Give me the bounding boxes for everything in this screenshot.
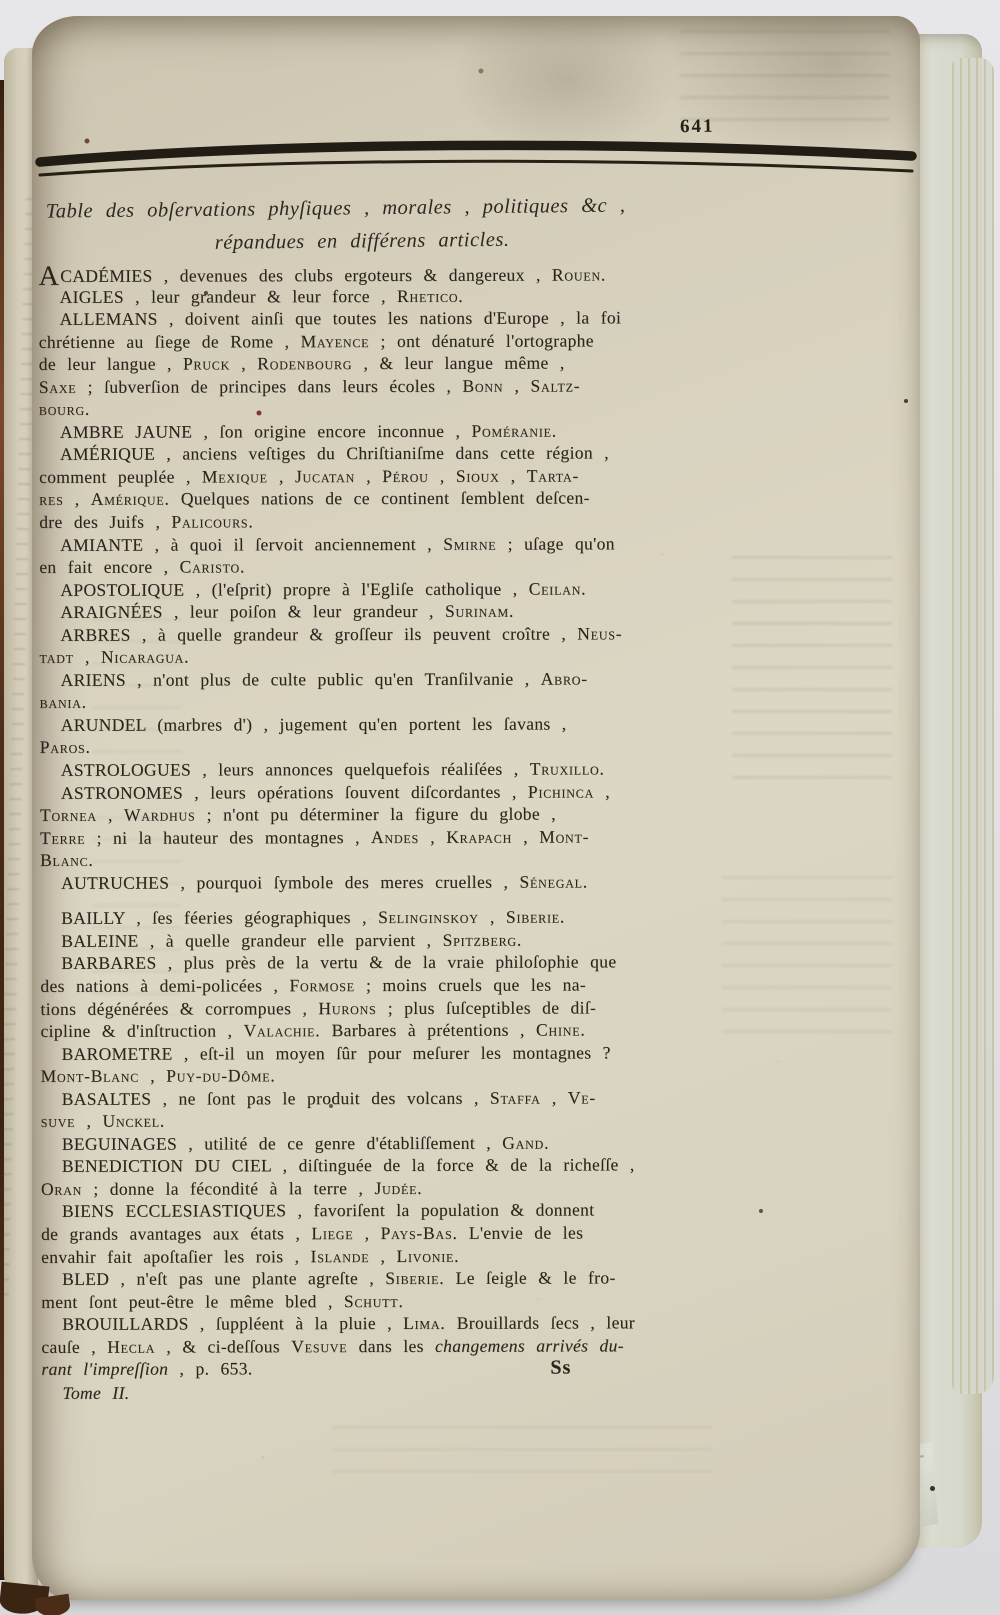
text-segment: Quelques nations de ce continent ſemblen… bbox=[170, 488, 590, 509]
text-segment: BLED , n'eſt pas une plante agreſte , bbox=[62, 1268, 385, 1289]
text-line: cipline & d'inſtruction , Valachie. Barb… bbox=[40, 1018, 740, 1042]
text-line: AUTRUCHES , pourquoi ſymbole des meres c… bbox=[40, 870, 740, 894]
place-name: Tarta- bbox=[527, 465, 579, 485]
text-segment: , bbox=[355, 466, 382, 486]
text-segment: dans les bbox=[347, 1336, 435, 1356]
text-segment: rant l'impreſſion bbox=[41, 1359, 168, 1379]
place-name: Gand. bbox=[502, 1132, 549, 1152]
text-line: des nations à demi-policées , Formose ; … bbox=[40, 973, 740, 997]
text-line: BIENS ECCLESIASTIQUES , favoriſent la po… bbox=[41, 1199, 741, 1223]
text-line: Oran ; donne la fécondité à la terre , J… bbox=[41, 1176, 741, 1200]
text-line: ASTRONOMES , leurs opérations ſouvent di… bbox=[40, 780, 740, 804]
entry-lines: ACADÉMIES , devenues des clubs ergoteurs… bbox=[39, 261, 742, 1404]
book-photo: 641 Table des obſervations phyſiques , m… bbox=[0, 0, 1000, 1615]
text-segment: , bbox=[512, 826, 539, 846]
place-name: Ceilan. bbox=[529, 578, 587, 598]
text-segment: des nations à demi-policées , bbox=[40, 975, 289, 996]
place-name: Liege bbox=[311, 1223, 353, 1243]
text-segment: BAROMETRE , eſt-il un moyen ſûr pour meſ… bbox=[62, 1042, 611, 1063]
text-segment: AMBRE JAUNE , ſon origine encore inconnu… bbox=[60, 421, 472, 442]
text-segment: ; n'ont pu déterminer la figure du globe… bbox=[195, 804, 556, 825]
text-segment: , bbox=[268, 466, 295, 486]
place-name: Spitzberg. bbox=[443, 930, 523, 950]
place-name: Paros. bbox=[40, 737, 91, 757]
place-name: Abro- bbox=[541, 668, 588, 688]
text-segment: chrétienne au ſiege de Rome , bbox=[39, 331, 301, 352]
place-name: Blanc. bbox=[40, 850, 94, 870]
place-name: Schutt. bbox=[344, 1291, 404, 1311]
text-segment: ; uſage qu'on bbox=[496, 533, 614, 553]
place-name: Krapach bbox=[446, 826, 512, 846]
place-name: res bbox=[39, 489, 63, 509]
binding-edge bbox=[35, 1594, 71, 1615]
place-name: Puy-du-Dôme. bbox=[166, 1065, 275, 1085]
place-name: Islande bbox=[311, 1246, 370, 1266]
place-name: Smirne bbox=[443, 533, 496, 553]
place-name: Wardhus bbox=[124, 805, 196, 825]
text-segment: , bbox=[479, 907, 506, 927]
place-name: Poméranie. bbox=[471, 420, 556, 440]
place-name: Nicaragua. bbox=[101, 647, 189, 667]
place-name: bourg. bbox=[39, 399, 90, 419]
text-segment: , bbox=[500, 466, 527, 486]
text-line: BLED , n'eſt pas une plante agreſte , Si… bbox=[41, 1266, 741, 1290]
text-segment: , & ci-deſſous bbox=[155, 1336, 291, 1356]
text-segment: Barbares à prétentions , bbox=[320, 1020, 536, 1041]
place-name: Hecla bbox=[107, 1336, 155, 1356]
text-segment: , bbox=[429, 466, 456, 486]
text-line: comment peuplée , Mexique , Jucatan , Pé… bbox=[39, 464, 739, 488]
text-segment: Brouillards ſecs , leur bbox=[446, 1313, 635, 1333]
place-name: Unckel. bbox=[102, 1111, 165, 1131]
text-line: suve , Unckel. bbox=[41, 1108, 741, 1132]
text-line: tadt , Nicaragua. bbox=[40, 644, 740, 668]
place-name: Livonie. bbox=[396, 1245, 459, 1265]
place-name: Pérou bbox=[382, 466, 428, 486]
place-name: Truxillo. bbox=[530, 758, 605, 778]
text-line: APOSTOLIQUE , (l'eſprit) propre à l'Egli… bbox=[39, 577, 739, 601]
text-segment: ASTRONOMES , leurs opérations ſouvent di… bbox=[61, 781, 528, 802]
text-segment: Tome II. bbox=[62, 1382, 129, 1402]
signature-mark: Ss bbox=[550, 1357, 571, 1380]
text-line: chrétienne au ſiege de Rome , Mayence ; … bbox=[39, 329, 739, 353]
place-name: Mont-Blanc bbox=[41, 1066, 139, 1086]
text-segment: BROUILLARDS , ſuppléent à la pluie , bbox=[62, 1313, 403, 1334]
text-line: ALLEMANS , doivent ainſi que toutes les … bbox=[39, 306, 739, 330]
place-name: tadt bbox=[40, 647, 74, 667]
text-segment: AMIANTE , à quoi il ſervoit anciennement… bbox=[60, 533, 443, 554]
place-name: Sénegal. bbox=[519, 871, 588, 891]
text-segment: , bbox=[64, 489, 91, 509]
text-segment: L'envie de les bbox=[458, 1222, 584, 1242]
text-line: ASTROLOGUES , leurs annonces quelquefois… bbox=[40, 757, 740, 781]
text-line: tions dégénérées & corrompues , Hurons ;… bbox=[40, 996, 740, 1020]
place-name: Saxe bbox=[39, 377, 77, 397]
text-line: BARBARES , plus près de la vertu & de la… bbox=[40, 950, 740, 974]
text-line: AMBRE JAUNE , ſon origine encore inconnu… bbox=[39, 419, 739, 443]
place-name: Judée. bbox=[374, 1178, 422, 1198]
text-segment: ; moins cruels que les na- bbox=[355, 974, 586, 995]
text-line: BROUILLARDS , ſuppléent à la pluie , Lim… bbox=[41, 1311, 741, 1335]
text-line: Saxe ; ſubverſion de principes dans leur… bbox=[39, 374, 739, 398]
text-line: Blanc. bbox=[40, 847, 740, 871]
text-segment: ASTROLOGUES , leurs annonces quelquefois… bbox=[61, 759, 530, 780]
text-line: BEGUINAGES , utilité de ce genre d'établ… bbox=[41, 1131, 741, 1155]
show-through-text bbox=[332, 1426, 712, 1486]
text-line: BALEINE , à quelle grandeur elle parvien… bbox=[40, 928, 740, 952]
text-line: cauſe , Hecla , & ci-deſſous Vesuve dans… bbox=[41, 1334, 741, 1358]
tome-label: Tome II. bbox=[41, 1380, 741, 1404]
text-line: de leur langue , Pruck , Rodenbourg , & … bbox=[39, 351, 739, 375]
text-line: en fait encore , Caristo. bbox=[39, 554, 739, 578]
place-name: Siberie. bbox=[385, 1268, 444, 1288]
show-through-text bbox=[722, 876, 892, 1036]
text-segment: AIGLES , leur grandeur & leur force , bbox=[60, 286, 397, 307]
text-segment: comment peuplée , bbox=[39, 466, 202, 486]
text-segment: BENEDICTION DU CIEL , diſtinguée de la f… bbox=[62, 1155, 635, 1176]
place-name: Chine. bbox=[536, 1020, 586, 1040]
text-line: ment ſont peut-être le même bled , Schut… bbox=[41, 1289, 741, 1313]
place-name: Lima. bbox=[403, 1313, 445, 1333]
text-segment: , bbox=[369, 1246, 396, 1266]
text-segment: ARIENS , n'ont plus de culte public qu'e… bbox=[61, 668, 541, 689]
text-line: Terre ; ni la hauteur des montagnes , An… bbox=[40, 825, 740, 849]
place-name: Valachie. bbox=[244, 1020, 321, 1040]
place-name: Tornea bbox=[40, 805, 97, 825]
text-segment: BALEINE , à quelle grandeur elle parvien… bbox=[61, 930, 442, 951]
place-name: Amérique. bbox=[91, 489, 170, 509]
place-name: Caristo. bbox=[180, 556, 246, 576]
text-line: AMÉRIQUE , anciens veſtiges du Chriſtian… bbox=[39, 441, 739, 465]
text-segment: envahir fait apoſtaſier les rois , bbox=[41, 1246, 310, 1267]
text-segment: , bbox=[541, 1087, 568, 1107]
place-name: Neus- bbox=[577, 623, 622, 643]
place-name: Hurons bbox=[318, 998, 376, 1018]
text-line: ACADÉMIES , devenues des clubs ergoteurs… bbox=[39, 261, 739, 285]
text-line: envahir fait apoſtaſier les rois , Islan… bbox=[41, 1244, 741, 1268]
text-line: res , Amérique. Quelques nations de ce c… bbox=[39, 487, 739, 511]
text-segment: AMÉRIQUE , anciens veſtiges du Chriſtian… bbox=[60, 443, 609, 464]
text-segment: APOSTOLIQUE , (l'eſprit) propre à l'Egli… bbox=[60, 578, 528, 599]
text-segment: , bbox=[594, 781, 610, 801]
text-segment: ; ni la hauteur des montagnes , bbox=[85, 827, 371, 848]
text-line: ARIENS , n'ont plus de culte public qu'e… bbox=[40, 667, 740, 691]
text-segment: , p. 653. bbox=[168, 1359, 252, 1379]
text-segment: , bbox=[230, 354, 257, 374]
place-name: Surinam. bbox=[445, 601, 514, 621]
show-through-text bbox=[732, 556, 892, 786]
text-segment: ARUNDEL (marbres d') , jugement qu'en po… bbox=[61, 713, 567, 734]
table-title: Table des obſervations phyſiques , moral… bbox=[42, 188, 743, 261]
place-name: Mont- bbox=[539, 826, 589, 846]
place-name: Rhetico. bbox=[397, 285, 464, 305]
text-segment: cauſe , bbox=[41, 1336, 107, 1356]
text-segment: , bbox=[353, 1223, 380, 1243]
text-segment: ; plus ſuſceptibles de diſ- bbox=[376, 997, 596, 1018]
text-segment: CADÉMIES , devenues des clubs ergoteurs … bbox=[60, 265, 552, 286]
text-segment: BEGUINAGES , utilité de ce genre d'établ… bbox=[62, 1132, 502, 1153]
place-name: Mexique bbox=[202, 466, 268, 486]
place-name: Pichinca bbox=[528, 781, 594, 801]
text-line: bania. bbox=[40, 689, 740, 713]
ink-speck bbox=[930, 1486, 935, 1491]
page-stack-edge-outer bbox=[952, 58, 994, 1394]
text-line: BAILLY , ſes féeries géographiques , Sel… bbox=[40, 905, 740, 929]
place-name: Oran bbox=[41, 1179, 82, 1199]
place-name: Sioux bbox=[456, 466, 500, 486]
text-line: Mont-Blanc , Puy-du-Dôme. bbox=[41, 1063, 741, 1087]
text-line: BASALTES , ne ſont pas le produit des vo… bbox=[41, 1086, 741, 1110]
place-name: Palicours. bbox=[171, 511, 253, 531]
text-line: ARBRES , à quelle grandeur & groſſeur il… bbox=[39, 622, 739, 646]
text-segment: ALLEMANS , doivent ainſi que toutes les … bbox=[60, 307, 622, 328]
text-segment: , bbox=[97, 805, 124, 825]
place-name: suve bbox=[41, 1111, 76, 1131]
place-name: Pays-Bas. bbox=[381, 1223, 458, 1243]
place-name: Saltz- bbox=[530, 375, 580, 395]
text-segment: , bbox=[74, 647, 101, 667]
place-name: bania. bbox=[40, 692, 87, 712]
place-name: Jucatan bbox=[295, 466, 355, 486]
text-segment: de leur langue , bbox=[39, 354, 183, 374]
text-segment: ; ont dénaturé l'ortographe bbox=[369, 330, 594, 351]
place-name: Pruck bbox=[183, 354, 230, 374]
text-segment: Le ſeigle & le fro- bbox=[444, 1267, 615, 1287]
place-name: Rouen. bbox=[552, 264, 606, 284]
text-segment: , bbox=[419, 827, 446, 847]
text-line: BAROMETRE , eſt-il un moyen ſûr pour meſ… bbox=[41, 1041, 741, 1065]
text-segment: en fait encore , bbox=[39, 557, 179, 577]
book-page: 641 Table des obſervations phyſiques , m… bbox=[32, 16, 920, 1600]
place-name: Ve- bbox=[568, 1087, 596, 1107]
place-name: Siberie. bbox=[506, 907, 565, 927]
place-name: Bonn bbox=[462, 375, 503, 395]
text-segment: BIENS ECCLESIASTIQUES , favoriſent la po… bbox=[62, 1200, 594, 1221]
text-line: AMIANTE , à quoi il ſervoit anciennement… bbox=[39, 532, 739, 556]
text-segment: de grands avantages aux états , bbox=[41, 1223, 311, 1244]
place-name: Selinginskoy bbox=[378, 907, 479, 927]
text-segment: dre des Juifs , bbox=[39, 512, 171, 532]
place-name: Vesuve bbox=[291, 1336, 347, 1356]
text-line: ARAIGNÉES , leur poiſon & leur grandeur … bbox=[39, 599, 739, 623]
text-line: Tornea , Wardhus ; n'ont pu déterminer l… bbox=[40, 802, 740, 826]
text-line: bourg. bbox=[39, 396, 739, 420]
text-segment: BARBARES , plus près de la vertu & de la… bbox=[61, 952, 616, 973]
place-name: Rodenbourg bbox=[257, 353, 352, 373]
text-segment: tions dégénérées & corrompues , bbox=[40, 998, 318, 1019]
text-segment: cipline & d'inſtruction , bbox=[40, 1020, 243, 1041]
foxing-spots bbox=[32, 16, 34, 18]
text-line: ARUNDEL (marbres d') , jugement qu'en po… bbox=[40, 712, 740, 736]
text-segment: BAILLY , ſes féeries géographiques , bbox=[61, 907, 378, 928]
header-rule bbox=[34, 134, 918, 182]
place-name: Mayence bbox=[301, 331, 370, 351]
text-segment: , & leur langue même , bbox=[352, 353, 564, 374]
place-name: Formose bbox=[289, 975, 354, 995]
text-line: Paros. bbox=[40, 735, 740, 759]
place-name: Andes bbox=[371, 827, 419, 847]
text-line: BENEDICTION DU CIEL , diſtinguée de la f… bbox=[41, 1153, 741, 1177]
text-line: rant l'impreſſion , p. 653.Ss bbox=[41, 1356, 741, 1380]
text-segment: changemens arrivés du- bbox=[435, 1335, 624, 1355]
text-segment: ARBRES , à quelle grandeur & groſſeur il… bbox=[60, 623, 577, 644]
place-name: Terre bbox=[40, 827, 85, 847]
text-segment: , bbox=[75, 1111, 102, 1131]
text-segment: AUTRUCHES , pourquoi ſymbole des meres c… bbox=[61, 871, 519, 892]
place-name: Staffa bbox=[490, 1087, 541, 1107]
text-segment: ; ſubverſion de principes dans leurs éco… bbox=[76, 376, 462, 397]
text-line: AIGLES , leur grandeur & leur force , Rh… bbox=[39, 284, 739, 308]
text-segment: , bbox=[139, 1066, 166, 1086]
text-line: de grands avantages aux états , Liege , … bbox=[41, 1221, 741, 1245]
text-segment: ment ſont peut-être le même bled , bbox=[41, 1291, 344, 1312]
text-segment: ; donne la fécondité à la terre , bbox=[82, 1178, 374, 1199]
text-segment: BASALTES , ne ſont pas le produit des vo… bbox=[62, 1087, 490, 1108]
text-segment: , bbox=[503, 375, 530, 395]
text-line: dre des Juifs , Palicours. bbox=[39, 509, 739, 533]
text-segment: ARAIGNÉES , leur poiſon & leur grandeur … bbox=[60, 601, 445, 622]
